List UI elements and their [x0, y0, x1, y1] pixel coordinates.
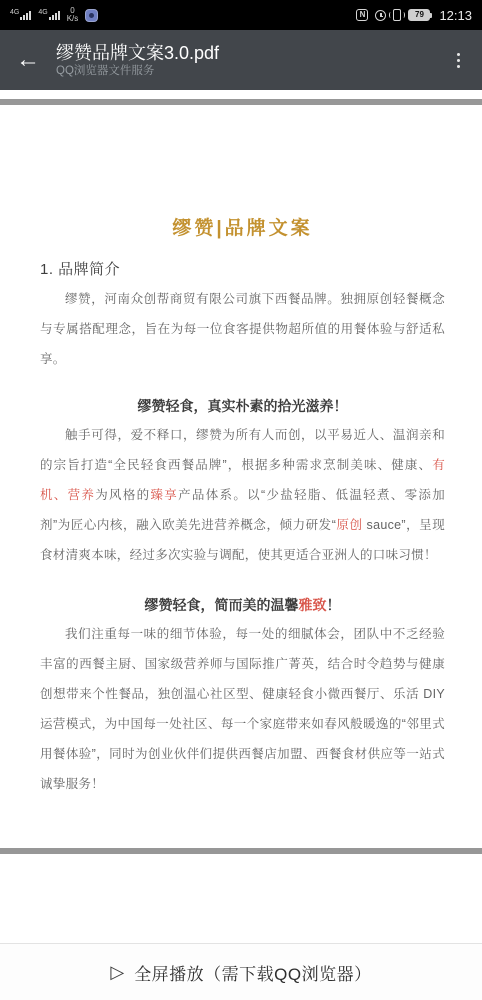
viewport-gap: [0, 90, 482, 99]
app-header: ← 缪赞品牌文案3.0.pdf QQ浏览器文件服务: [0, 30, 482, 90]
phone-screen: 4G 4G 0 K/s N 79 12:13 ←: [0, 0, 482, 1000]
document-title: 缪赞|品牌文案: [40, 213, 445, 240]
status-right-cluster: N 79 12:13: [356, 8, 472, 23]
network-speed-indicator: 0 K/s: [67, 7, 79, 23]
status-time: 12:13: [439, 8, 472, 23]
fullscreen-play-button[interactable]: ▷ 全屏播放（需下载QQ浏览器）: [0, 943, 482, 1000]
file-title: 缪赞品牌文案3.0.pdf: [56, 42, 219, 64]
overflow-menu-button[interactable]: [451, 47, 466, 74]
section3-paragraph: 我们注重每一味的细节体验，每一处的细腻体会，团队中不乏经验丰富的西餐主厨、国家级…: [40, 619, 445, 799]
section1-paragraph: 缪赞，河南众创帮商贸有限公司旗下西餐品牌。独拥原创轻餐概念与专属搭配理念，旨在为…: [40, 284, 445, 374]
battery-nub: [430, 13, 432, 18]
nfc-icon: N: [356, 9, 368, 21]
next-page-blank-area: [0, 854, 482, 943]
signal-bars-icon-2: [49, 11, 60, 20]
signal-bars-icon: [20, 11, 31, 20]
battery-icon: 79: [408, 9, 432, 21]
section2-paragraph: 触手可得，爱不释口，缪赞为所有人而创，以平易近人、温润亲和的宗旨打造“全民轻食西…: [40, 420, 445, 570]
status-bar: 4G 4G 0 K/s N 79 12:13: [0, 0, 482, 30]
signal-strength-icon: 4G: [10, 11, 31, 20]
network-speed-unit: K/s: [67, 15, 79, 23]
back-button[interactable]: ←: [16, 48, 48, 72]
signal-network-type-label-2: 4G: [38, 9, 47, 16]
vibrate-mode-icon: [393, 9, 401, 21]
fullscreen-play-label: 全屏播放（需下载QQ浏览器）: [134, 960, 371, 985]
section1-heading: 1. 品牌简介: [40, 258, 445, 279]
notification-app-icon: [85, 9, 98, 22]
play-icon: ▷: [110, 963, 124, 981]
alarm-clock-icon: [375, 10, 386, 21]
signal-network-type-label: 4G: [10, 9, 19, 16]
section2-heading: 缪赞轻食，真实朴素的拾光滋养！: [40, 396, 445, 416]
battery-percent: 79: [408, 9, 430, 21]
signal-strength-icon-2: 4G: [38, 11, 59, 20]
pdf-page: 缪赞|品牌文案 1. 品牌简介 缪赞，河南众创帮商贸有限公司旗下西餐品牌。独拥原…: [0, 105, 482, 848]
header-text-block: 缪赞品牌文案3.0.pdf QQ浏览器文件服务: [56, 42, 219, 79]
status-left-cluster: 4G 4G 0 K/s: [10, 7, 98, 23]
file-source-subtitle: QQ浏览器文件服务: [56, 64, 219, 79]
section3-heading: 缪赞轻食，简而美的温馨雅致！: [40, 595, 445, 615]
